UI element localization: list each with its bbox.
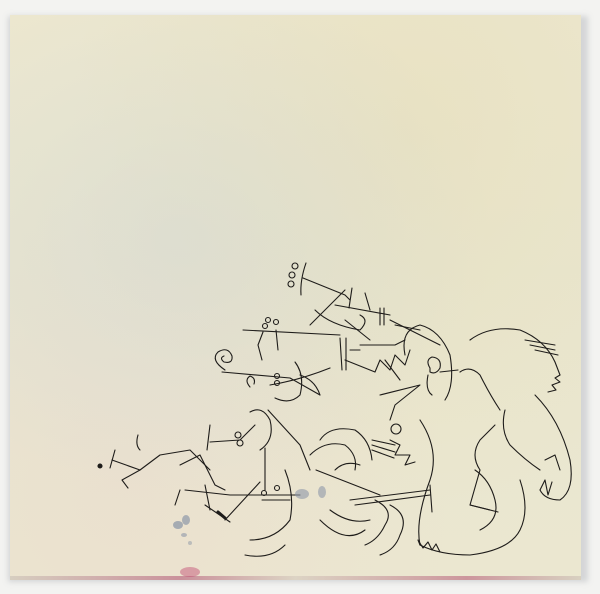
ink-drawing xyxy=(0,0,600,594)
body-figure xyxy=(372,420,525,555)
crown-figure xyxy=(345,320,440,420)
left-figures xyxy=(98,410,310,556)
upper-figure xyxy=(243,263,390,370)
swirl-figure xyxy=(310,429,432,555)
spiral-figure xyxy=(215,350,330,401)
ink-stains xyxy=(173,486,326,577)
bird-figure xyxy=(404,325,571,530)
